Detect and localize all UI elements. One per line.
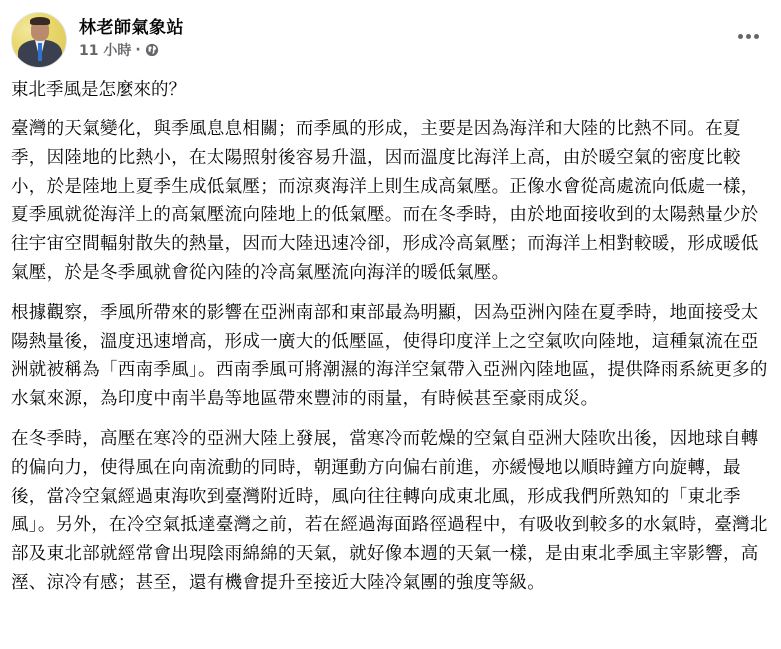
avatar-hair-shape	[30, 17, 50, 25]
more-dot-icon	[746, 34, 751, 39]
post-timestamp[interactable]: 11 小時	[79, 40, 131, 60]
post-paragraph: 根據觀察，季風所帶來的影響在亞洲南部和東部最為明顯，因為亞洲內陸在夏季時，地面接…	[11, 299, 773, 414]
more-dot-icon	[738, 34, 743, 39]
globe-icon[interactable]	[145, 43, 159, 57]
author-name[interactable]: 林老師氣象站	[79, 13, 184, 38]
post-paragraph: 在冬季時，高壓在寒冷的亞洲大陸上發展，當寒冷而乾燥的空氣自亞洲大陸吹出後，因地球…	[11, 425, 773, 598]
meta-separator: ·	[135, 42, 140, 58]
avatar-tie-shape	[38, 43, 42, 61]
post-body: 東北季風是怎麼來的？ 臺灣的天氣變化，與季風息息相關；而季風的形成，主要是因為海…	[11, 76, 773, 609]
avatar[interactable]	[11, 12, 67, 68]
more-options-button[interactable]	[730, 24, 766, 48]
post-paragraph: 臺灣的天氣變化，與季風息息相關；而季風的形成，主要是因為海洋和大陸的比熱不同。在…	[11, 115, 773, 288]
post-title: 東北季風是怎麼來的？	[11, 76, 773, 105]
more-dot-icon	[754, 34, 759, 39]
post-header: 林老師氣象站 11 小時 ·	[0, 0, 781, 72]
post-meta: 11 小時 ·	[79, 41, 159, 59]
